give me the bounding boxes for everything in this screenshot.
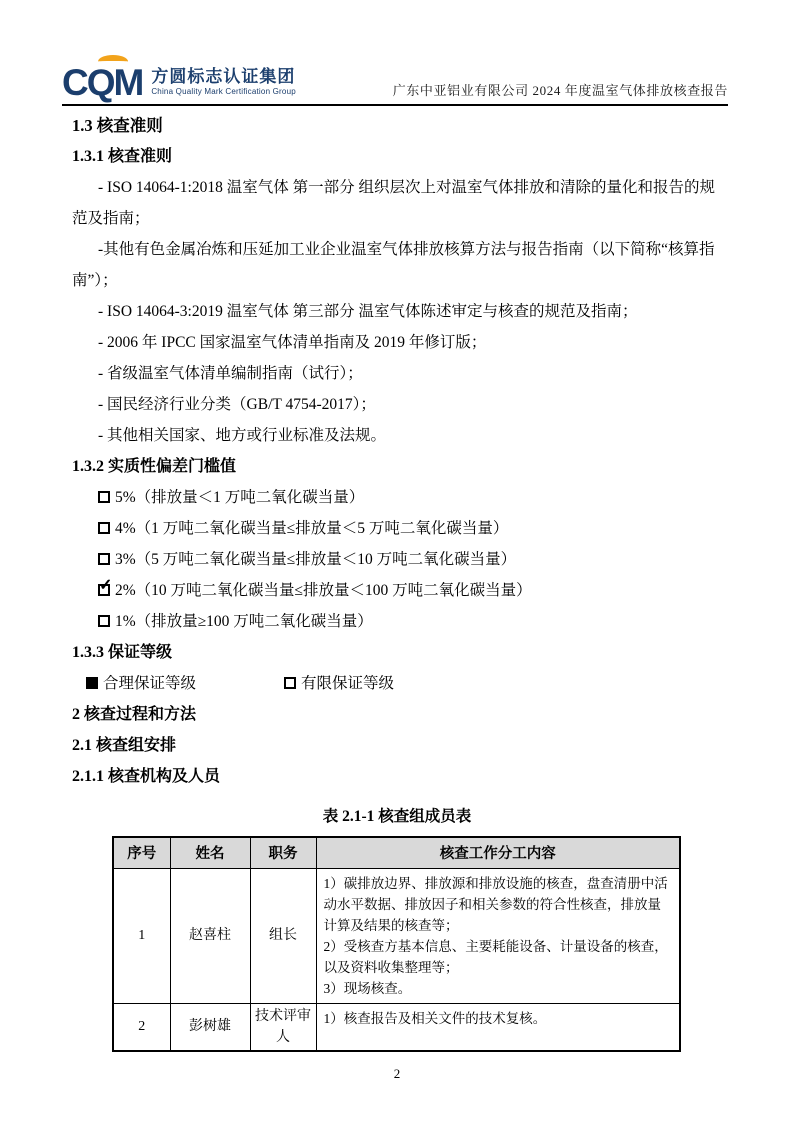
column-header-duty: 核查工作分工内容 bbox=[316, 837, 680, 868]
duty-line: 1）碳排放边界、排放源和排放设施的核查，盘查清册中活动水平数据、排放因子和相关参… bbox=[324, 873, 673, 936]
threshold-option-row: 4%（1 万吨二氧化碳当量≤排放量＜5 万吨二氧化碳当量） bbox=[72, 513, 722, 544]
org-name-cn: 方圆标志认证集团 bbox=[151, 67, 296, 87]
threshold-option-row: 3%（5 万吨二氧化碳当量≤排放量＜10 万吨二氧化碳当量） bbox=[72, 544, 722, 575]
cell-role: 技术评审人 bbox=[250, 1003, 316, 1051]
org-name-en: China Quality Mark Certification Group bbox=[151, 87, 296, 96]
document-page: CQM 方圆标志认证集团 China Quality Mark Certific… bbox=[0, 0, 793, 1082]
assurance-option-limited: 有限保证等级 bbox=[284, 675, 394, 692]
threshold-option-row: 1%（排放量≥100 万吨二氧化碳当量） bbox=[72, 606, 722, 637]
threshold-option-label: 1%（排放量≥100 万吨二氧化碳当量） bbox=[115, 613, 373, 630]
heading-2-1-1: 2.1.1 核查机构及人员 bbox=[72, 761, 722, 792]
table-row: 1 赵喜柱 组长 1）碳排放边界、排放源和排放设施的核查，盘查清册中活动水平数据… bbox=[113, 868, 680, 1003]
assurance-option-label: 有限保证等级 bbox=[301, 675, 394, 692]
threshold-option-label: 2%（10 万吨二氧化碳当量≤排放量＜100 万吨二氧化碳当量） bbox=[115, 582, 532, 599]
duty-line: 1）核查报告及相关文件的技术复核。 bbox=[324, 1008, 673, 1029]
assurance-option-reasonable: 合理保证等级 bbox=[86, 675, 196, 692]
cqm-logo-mark: CQM bbox=[62, 64, 142, 101]
logo-arc-icon bbox=[98, 55, 128, 68]
table-header-row: 序号 姓名 职务 核查工作分工内容 bbox=[113, 837, 680, 868]
page-header: CQM 方圆标志认证集团 China Quality Mark Certific… bbox=[62, 48, 728, 106]
cell-duty: 1）碳排放边界、排放源和排放设施的核查，盘查清册中活动水平数据、排放因子和相关参… bbox=[316, 868, 680, 1003]
cqm-logo: CQM 方圆标志认证集团 China Quality Mark Certific… bbox=[62, 64, 296, 101]
cell-name: 彭树雄 bbox=[170, 1003, 250, 1051]
column-header-no: 序号 bbox=[113, 837, 170, 868]
page-number: 2 bbox=[394, 1066, 401, 1081]
members-table: 序号 姓名 职务 核查工作分工内容 1 赵喜柱 组长 1）碳排放边界、排放源和排… bbox=[112, 836, 681, 1052]
criteria-item: -其他有色金属冶炼和压延加工业企业温室气体排放核算方法与报告指南（以下简称“核算… bbox=[72, 234, 722, 296]
criteria-item: - 省级温室气体清单编制指南（试行）； bbox=[72, 358, 722, 389]
criteria-item: - 国民经济行业分类（GB/T 4754-2017）； bbox=[72, 389, 722, 420]
table-row: 2 彭树雄 技术评审人 1）核查报告及相关文件的技术复核。 bbox=[113, 1003, 680, 1051]
cell-role: 组长 bbox=[250, 868, 316, 1003]
heading-1-3: 1.3 核查准则 bbox=[72, 110, 722, 141]
heading-1-3-2: 1.3.2 实质性偏差门槛值 bbox=[72, 451, 722, 482]
criteria-item: - ISO 14064-1:2018 温室气体 第一部分 组织层次上对温室气体排… bbox=[72, 172, 722, 234]
cell-no: 2 bbox=[113, 1003, 170, 1051]
threshold-option-row: 2%（10 万吨二氧化碳当量≤排放量＜100 万吨二氧化碳当量） bbox=[72, 575, 722, 606]
page-footer: 2 bbox=[72, 1066, 722, 1082]
checkbox-icon bbox=[98, 553, 110, 565]
checkbox-icon bbox=[98, 615, 110, 627]
heading-1-3-3: 1.3.3 保证等级 bbox=[72, 637, 722, 668]
checkbox-checked-icon bbox=[98, 584, 110, 596]
cell-name: 赵喜柱 bbox=[170, 868, 250, 1003]
threshold-option-label: 4%（1 万吨二氧化碳当量≤排放量＜5 万吨二氧化碳当量） bbox=[115, 520, 508, 537]
threshold-option-label: 5%（排放量＜1 万吨二氧化碳当量） bbox=[115, 489, 364, 506]
document-body: 1.3 核查准则 1.3.1 核查准则 - ISO 14064-1:2018 温… bbox=[72, 106, 722, 1082]
checkbox-icon bbox=[98, 522, 110, 534]
duty-line: 3）现场核查。 bbox=[324, 978, 673, 999]
filled-square-icon bbox=[86, 677, 98, 689]
cell-duty: 1）核查报告及相关文件的技术复核。 bbox=[316, 1003, 680, 1051]
column-header-role: 职务 bbox=[250, 837, 316, 868]
duty-line: 2）受核查方基本信息、主要耗能设备、计量设备的核查，以及资料收集整理等； bbox=[324, 936, 673, 978]
heading-2-1: 2.1 核查组安排 bbox=[72, 730, 722, 761]
heading-1-3-1: 1.3.1 核查准则 bbox=[72, 141, 722, 172]
assurance-option-label: 合理保证等级 bbox=[103, 675, 196, 692]
criteria-item: - ISO 14064-3:2019 温室气体 第三部分 温室气体陈述审定与核查… bbox=[72, 296, 722, 327]
checkbox-icon bbox=[98, 491, 110, 503]
checkbox-icon bbox=[284, 677, 296, 689]
assurance-level-row: 合理保证等级有限保证等级 bbox=[72, 668, 722, 699]
heading-2: 2 核查过程和方法 bbox=[72, 699, 722, 730]
threshold-option-label: 3%（5 万吨二氧化碳当量≤排放量＜10 万吨二氧化碳当量） bbox=[115, 551, 516, 568]
table-caption: 表 2.1-1 核查组成员表 bbox=[72, 804, 722, 826]
criteria-item: - 2006 年 IPCC 国家温室气体清单指南及 2019 年修订版； bbox=[72, 327, 722, 358]
logo-names: 方圆标志认证集团 China Quality Mark Certificatio… bbox=[151, 67, 296, 98]
column-header-name: 姓名 bbox=[170, 837, 250, 868]
doc-header-title: 广东中亚铝业有限公司 2024 年度温室气体排放核查报告 bbox=[393, 80, 728, 101]
cqm-logo-text: CQM bbox=[62, 62, 142, 103]
cell-no: 1 bbox=[113, 868, 170, 1003]
criteria-item: - 其他相关国家、地方或行业标准及法规。 bbox=[72, 420, 722, 451]
threshold-option-row: 5%（排放量＜1 万吨二氧化碳当量） bbox=[72, 482, 722, 513]
